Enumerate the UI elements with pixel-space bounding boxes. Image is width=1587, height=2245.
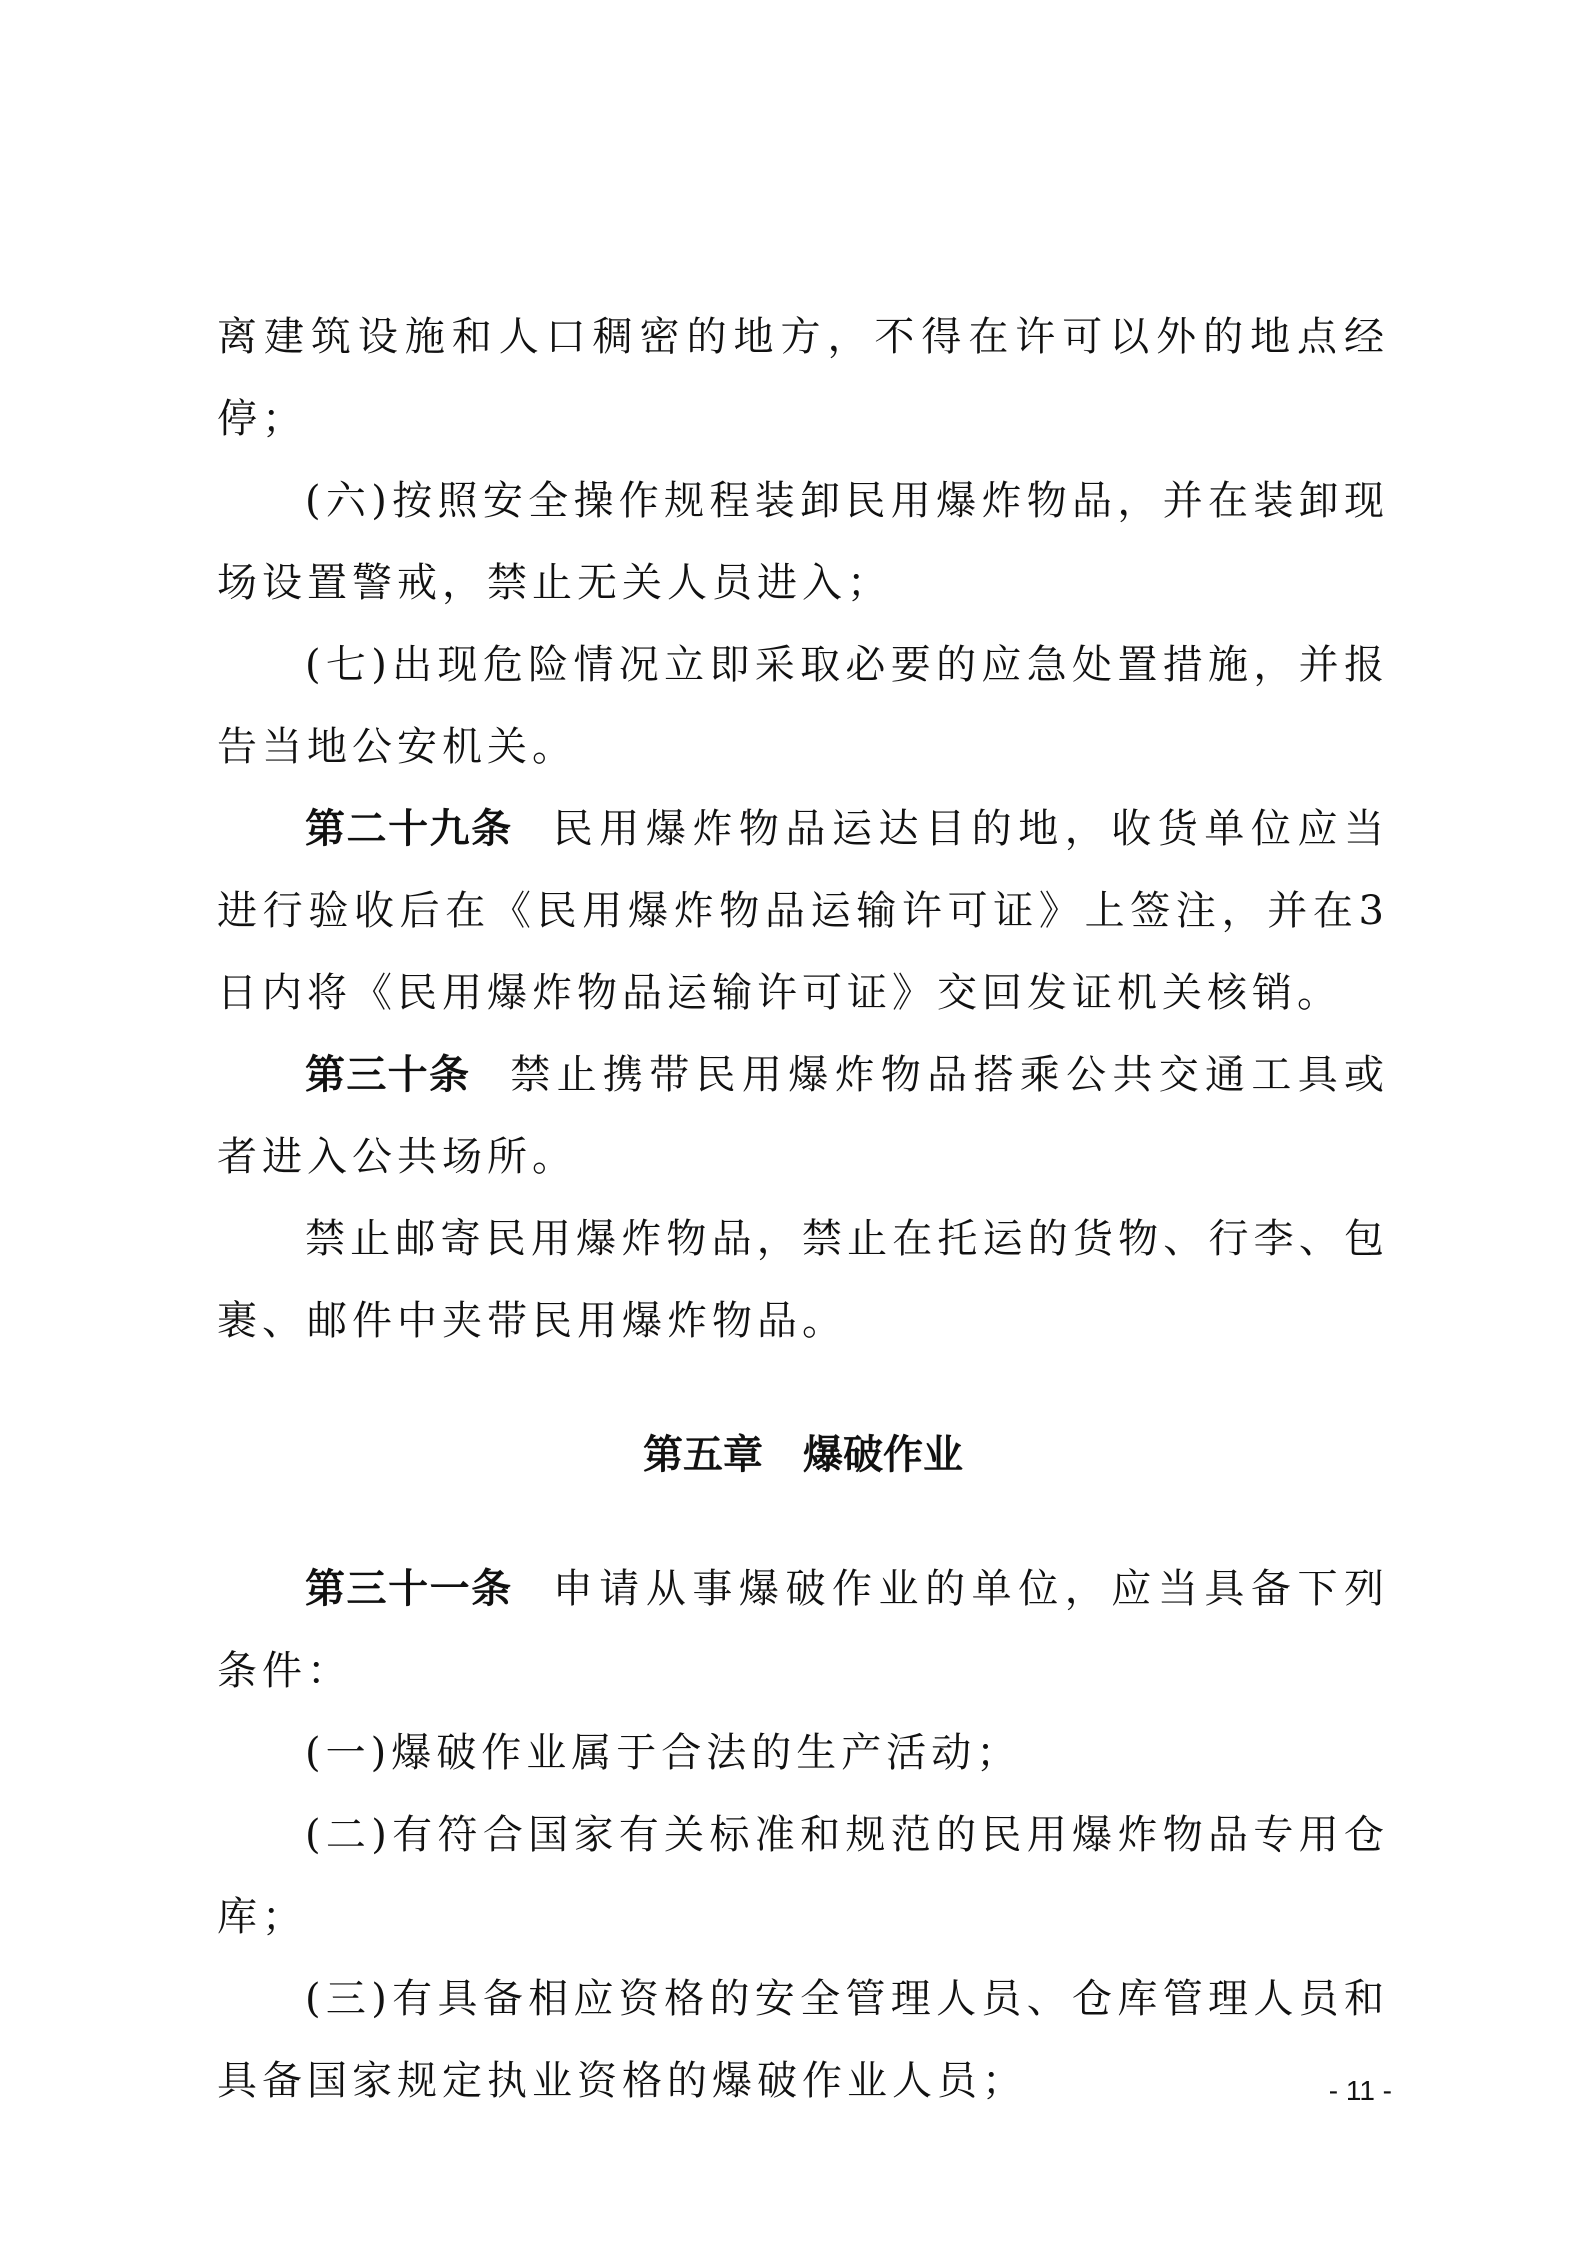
- article-30-number: 第三十条: [305, 1052, 470, 1098]
- article-31-item-2: (二)有符合国家有关标准和规范的民用爆炸物品专用仓库；: [217, 1794, 1389, 1958]
- article-31-item-3: (三)有具备相应资格的安全管理人员、仓库管理人员和具备国家规定执业资格的爆破作业…: [217, 1958, 1389, 2122]
- paragraph-continuation: 离建筑设施和人口稠密的地方，不得在许可以外的地点经停；: [217, 296, 1389, 460]
- article-30-paragraph-2: 禁止邮寄民用爆炸物品，禁止在托运的货物、行李、包裹、邮件中夹带民用爆炸物品。: [217, 1198, 1389, 1362]
- list-item-six: (六)按照安全操作规程装卸民用爆炸物品，并在装卸现场设置警戒，禁止无关人员进入；: [217, 460, 1389, 624]
- article-30: 第三十条禁止携带民用爆炸物品搭乘公共交通工具或者进入公共场所。: [217, 1034, 1389, 1198]
- chapter-number: 第五章: [643, 1432, 763, 1478]
- page-number: - 11 -: [1329, 2075, 1392, 2107]
- article-29: 第二十九条民用爆炸物品运达目的地，收货单位应当进行验收后在《民用爆炸物品运输许可…: [217, 788, 1389, 1034]
- article-29-number: 第二十九条: [305, 806, 513, 852]
- article-31: 第三十一条申请从事爆破作业的单位，应当具备下列条件：: [217, 1548, 1389, 1712]
- document-page: 离建筑设施和人口稠密的地方，不得在许可以外的地点经停； (六)按照安全操作规程装…: [217, 296, 1389, 2122]
- chapter-heading: 第五章爆破作业: [217, 1362, 1389, 1548]
- article-31-number: 第三十一条: [305, 1566, 513, 1612]
- article-31-item-1: (一)爆破作业属于合法的生产活动；: [217, 1712, 1389, 1794]
- list-item-seven: (七)出现危险情况立即采取必要的应急处置措施，并报告当地公安机关。: [217, 624, 1389, 788]
- chapter-title: 爆破作业: [803, 1432, 963, 1478]
